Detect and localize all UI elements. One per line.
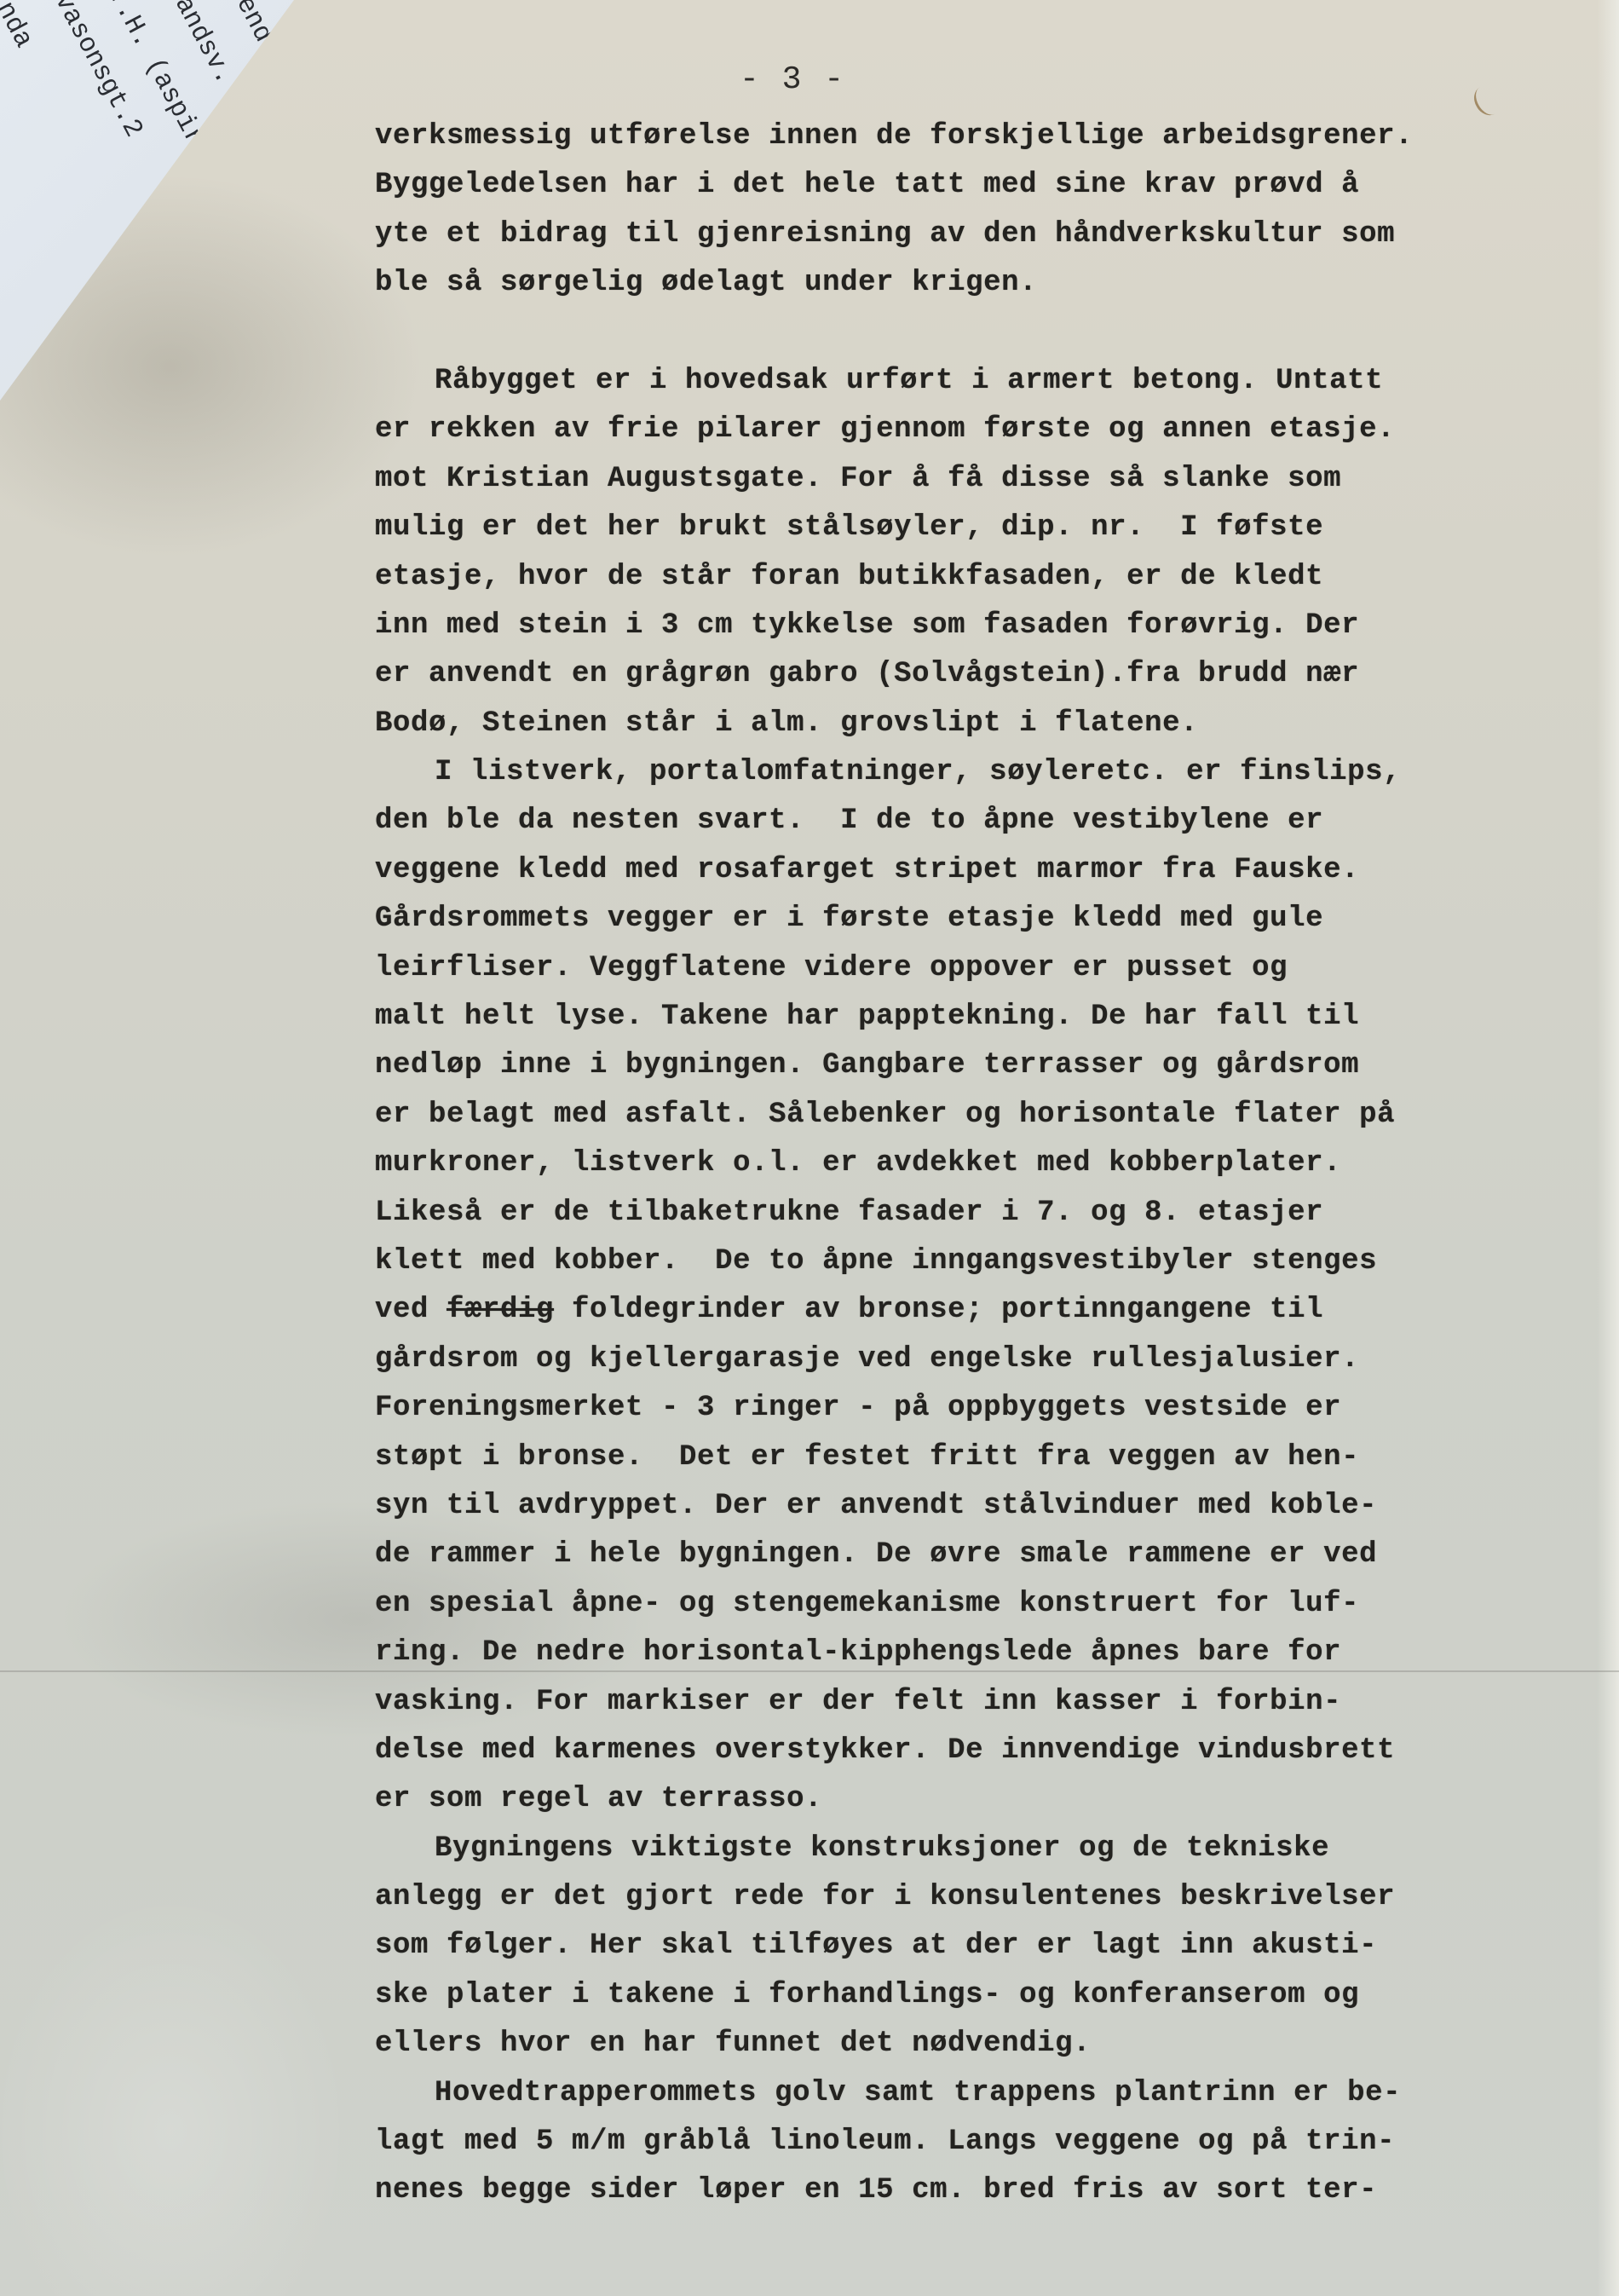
page-number: - 3 - <box>740 61 845 98</box>
text-line: ble så sørgelig ødelagt under krigen. <box>375 259 1568 308</box>
text-line <box>375 309 1568 357</box>
text-line: Bodø, Steinen står i alm. grovslipt i fl… <box>375 700 1568 748</box>
text-line: murkroner, listverk o.l. er avdekket med… <box>375 1139 1568 1188</box>
text-line: veggene kledd med rosafarget stripet mar… <box>375 846 1568 895</box>
text-line: Likeså er de tilbaketrukne fasader i 7. … <box>375 1189 1568 1237</box>
text-line: vasking. For markiser er der felt inn ka… <box>375 1678 1568 1727</box>
text-line: Foreningsmerket - 3 ringer - på oppbygge… <box>375 1384 1568 1433</box>
text-line: delse med karmenes overstykker. De innve… <box>375 1727 1568 1775</box>
text-line: Råbygget er i hovedsak urført i armert b… <box>375 357 1568 406</box>
text-line: Hovedtrapperommets golv samt trappens pl… <box>375 2069 1568 2118</box>
text-line: ellers hvor en har funnet det nødvendig. <box>375 2020 1568 2068</box>
text-line: yte et bidrag til gjenreisning av den hå… <box>375 211 1568 259</box>
text-line: ske plater i takene i forhandlings- og k… <box>375 1971 1568 2020</box>
struck-out-word: færdig <box>447 1294 554 1326</box>
text-line: syn til avdryppet. Der er anvendt stålvi… <box>375 1482 1568 1531</box>
text-line: er som regel av terrasso. <box>375 1775 1568 1824</box>
text-line: Gårdsrommets vegger er i første etasje k… <box>375 895 1568 943</box>
text-line: er anvendt en grågrøn gabro (Solvågstein… <box>375 650 1568 699</box>
text-line: mulig er det her brukt stålsøyler, dip. … <box>375 504 1568 552</box>
text-line: leirfliser. Veggflatene videre oppover e… <box>375 944 1568 993</box>
text-line: ved færdig foldegrinder av bronse; porti… <box>375 1286 1568 1335</box>
document-body: verksmessig utførelse innen de forskjell… <box>375 112 1568 2216</box>
text-line: støpt i bronse. Det er festet fritt fra … <box>375 1434 1568 1482</box>
text-line: en spesial åpne- og stengemekanisme kons… <box>375 1580 1568 1629</box>
text-line: etasje, hvor de står foran butikkfasaden… <box>375 553 1568 602</box>
text-line: lagt med 5 m/m gråblå linoleum. Langs ve… <box>375 2118 1568 2166</box>
text-line: Bygningens viktigste konstruksjoner og d… <box>375 1825 1568 1873</box>
underlying-sheet-line: .nda <box>0 0 38 53</box>
text-line: er belagt med asfalt. Sålebenker og hori… <box>375 1091 1568 1139</box>
text-line: den ble da nesten svart. I de to åpne ve… <box>375 797 1568 845</box>
text-line: malt helt lyse. Takene har papptekning. … <box>375 993 1568 1041</box>
text-line: mot Kristian Augustsgate. For å få disse… <box>375 455 1568 504</box>
text-line: som følger. Her skal tilføyes at der er … <box>375 1922 1568 1970</box>
text-line: verksmessig utførelse innen de forskjell… <box>375 112 1568 161</box>
text-line: klett med kobber. De to åpne inngangsves… <box>375 1237 1568 1286</box>
text-line: anlegg er det gjort rede for i konsulent… <box>375 1873 1568 1922</box>
text-line: inn med stein i 3 cm tykkelse som fasade… <box>375 602 1568 650</box>
text-line: nedløp inne i bygningen. Gangbare terras… <box>375 1041 1568 1090</box>
text-line: er rekken av frie pilarer gjennom første… <box>375 406 1568 454</box>
text-line: I listverk, portalomfatninger, søyleretc… <box>375 748 1568 797</box>
text-line: de rammer i hele bygningen. De øvre smal… <box>375 1531 1568 1579</box>
text-line: ring. De nedre horisontal-kipphengslede … <box>375 1629 1568 1677</box>
text-line: gårdsrom og kjellergarasje ved engelske … <box>375 1335 1568 1384</box>
text-line: Byggeledelsen har i det hele tatt med si… <box>375 161 1568 210</box>
text-line: nenes begge sider løper en 15 cm. bred f… <box>375 2166 1568 2215</box>
